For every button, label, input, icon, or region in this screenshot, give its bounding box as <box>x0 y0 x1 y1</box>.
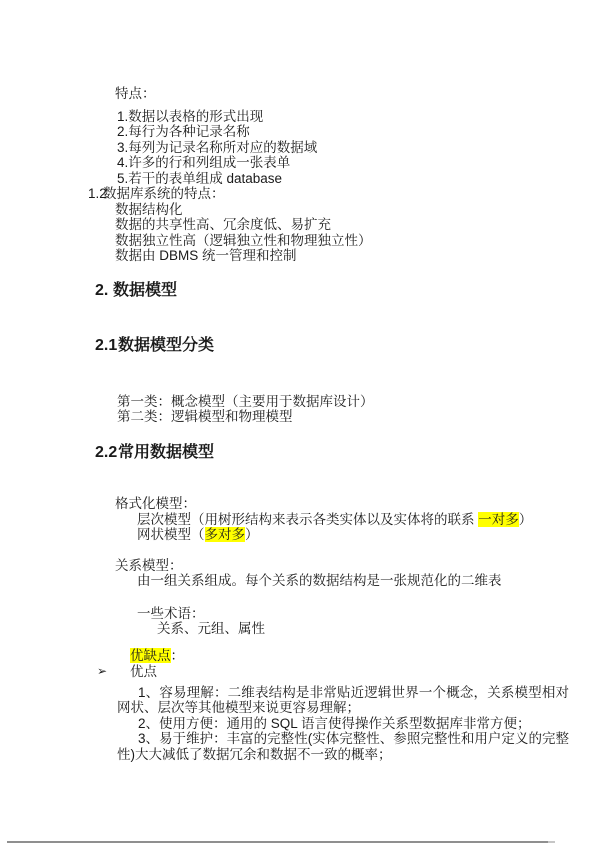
closing-paren: ） <box>245 527 259 542</box>
highlight-many-to-many: 多对多 <box>205 527 246 542</box>
terms-line: 关系、元组、属性 <box>157 621 265 636</box>
pros-cons-label: 优缺点： <box>130 648 184 663</box>
formatted-model-label: 格式化模型： <box>115 496 196 511</box>
relational-model-label: 关系模型： <box>115 558 183 573</box>
feature-item: 3.每列为记录名称所对应的数据域 <box>117 140 317 155</box>
features-heading: 特点： <box>115 86 156 101</box>
arrow-bullet-icon: ➢ <box>97 664 130 679</box>
feature-item: 4.许多的行和列组成一张表单 <box>117 155 317 170</box>
pros-label: 优点 <box>130 664 157 679</box>
feature-item: 2.每行为各种记录名称 <box>117 124 317 139</box>
feature-item: 5.若干的表单组成 database <box>117 171 317 186</box>
advantage-item: 1、容易理解：二维表结构是非常贴近逻辑世界一个概念，关系模型相对网状、层次等其他… <box>117 685 569 716</box>
hierarchical-model-text: 层次模型（用树形结构来表示各类实体以及实体将的联系 <box>137 512 478 527</box>
network-model-text: 网状模型（ <box>137 527 205 542</box>
hierarchical-model-line: 层次模型（用树形结构来表示各类实体以及实体将的联系 一对多） <box>137 512 532 527</box>
heading-title: 数据模型 <box>113 282 177 299</box>
section-title: 数据库系统的特点： <box>103 186 225 201</box>
section-1-2-heading: 1.2数据库系统的特点： <box>88 186 225 201</box>
advantage-item: 3、易于维护：丰富的完整性(实体完整性、参照完整性和用户定义的完整性)大大减低了… <box>117 731 569 762</box>
heading-data-model: 2.数据模型 <box>95 281 177 300</box>
page-separator-line <box>7 841 548 843</box>
heading-number: 2.2 <box>95 443 118 462</box>
heading-title: 常用数据模型 <box>118 444 214 461</box>
db-system-list: 数据结构化 数据的共享性高、冗余度低、易扩充 数据独立性高（逻辑独立性和物理独立… <box>115 202 372 264</box>
terms-label: 一些术语： <box>137 606 205 621</box>
document-page: 特点： 1.数据以表格的形式出现 2.每行为各种记录名称 3.每列为记录名称所对… <box>0 0 600 851</box>
heading-number: 2.1 <box>95 336 118 355</box>
highlight-one-to-many: 一对多 <box>478 512 519 527</box>
advantages-list: 1、容易理解：二维表结构是非常贴近逻辑世界一个概念，关系模型相对网状、层次等其他… <box>117 685 569 762</box>
heading-number: 2. <box>95 281 113 300</box>
db-feature-item: 数据的共享性高、冗余度低、易扩充 <box>115 217 372 232</box>
classification-list: 第一类：概念模型（主要用于数据库设计） 第二类：逻辑模型和物理模型 <box>117 394 374 425</box>
page-separator-line-end <box>548 841 555 843</box>
db-feature-item: 数据独立性高（逻辑独立性和物理独立性） <box>115 233 372 248</box>
network-model-line: 网状模型（多对多） <box>137 527 259 542</box>
pros-cons-colon: ： <box>171 648 185 663</box>
section-number: 1.2 <box>88 186 103 201</box>
classification-item: 第一类：概念模型（主要用于数据库设计） <box>117 394 374 409</box>
feature-item: 1.数据以表格的形式出现 <box>117 109 317 124</box>
relational-model-desc: 由一组关系组成。每个关系的数据结构是一张规范化的二维表 <box>137 573 502 588</box>
advantage-item: 2、使用方便：通用的 SQL 语言使得操作关系型数据库非常方便； <box>117 716 569 731</box>
closing-paren: ） <box>519 512 533 527</box>
db-feature-item: 数据由 DBMS 统一管理和控制 <box>115 248 372 263</box>
features-list: 1.数据以表格的形式出现 2.每行为各种记录名称 3.每列为记录名称所对应的数据… <box>117 109 317 186</box>
pros-bullet-line: ➢ 优点 <box>97 664 157 679</box>
pros-cons-highlight: 优缺点 <box>130 648 171 663</box>
heading-classification: 2.1数据模型分类 <box>95 336 214 355</box>
db-feature-item: 数据结构化 <box>115 202 372 217</box>
heading-common-models: 2.2常用数据模型 <box>95 443 214 462</box>
heading-title: 数据模型分类 <box>118 337 214 354</box>
classification-item: 第二类：逻辑模型和物理模型 <box>117 409 374 424</box>
